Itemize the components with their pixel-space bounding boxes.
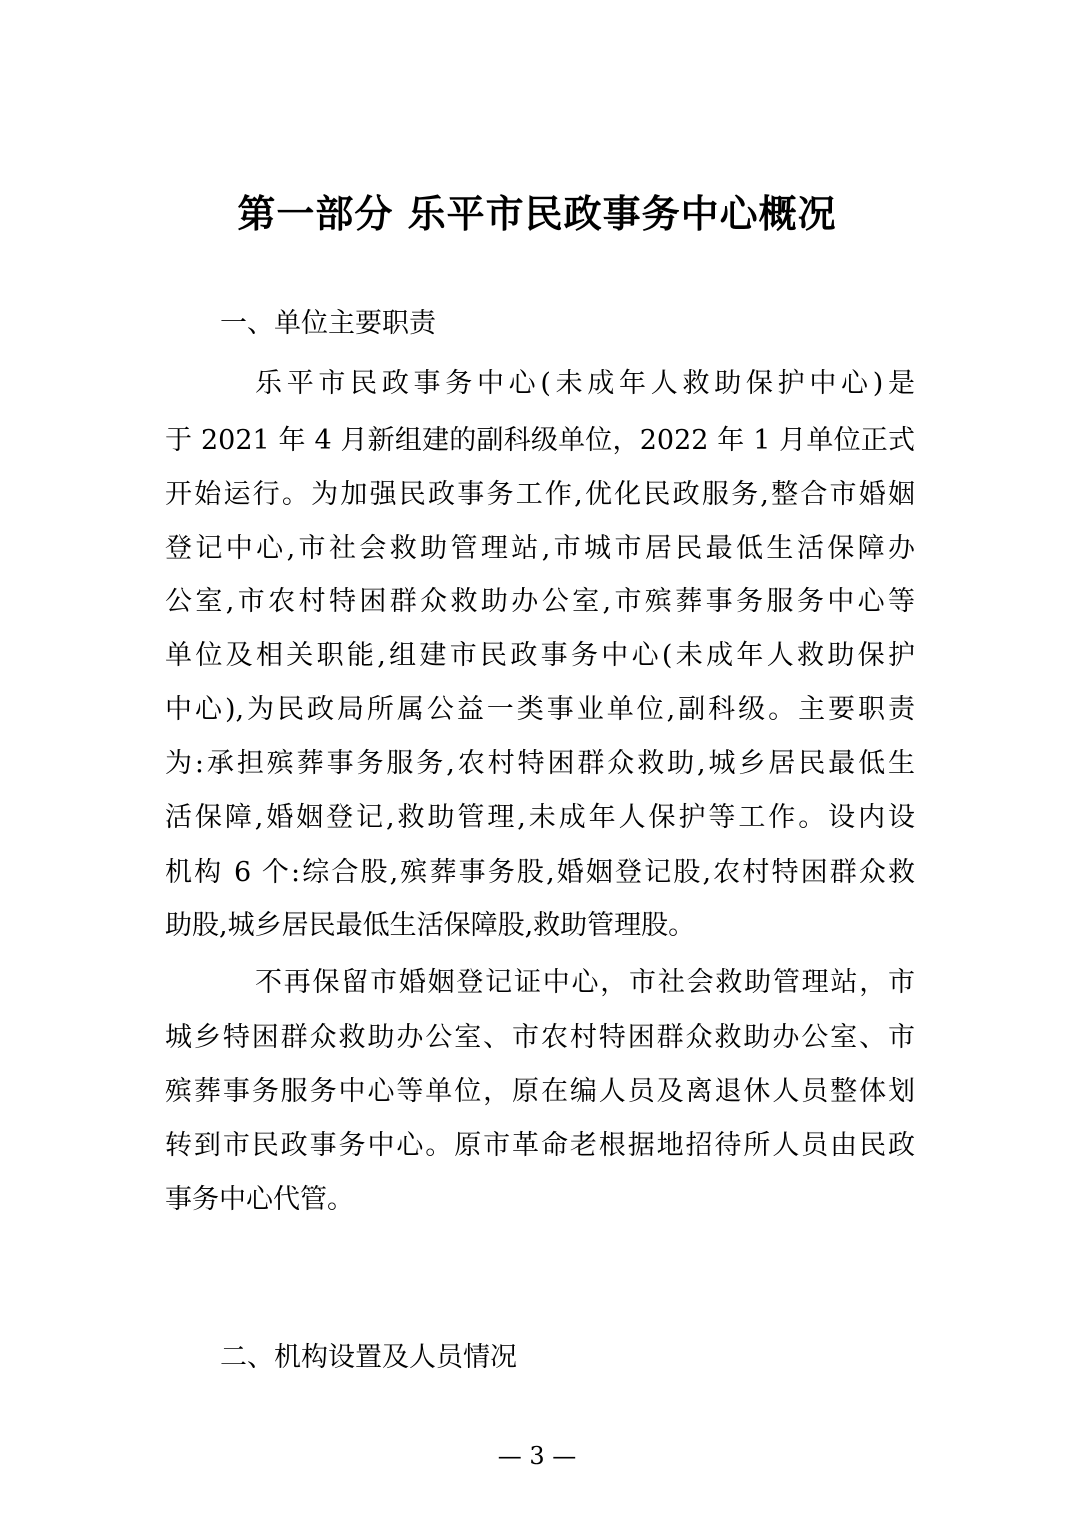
paragraph-line: 公室,市农村特困群众救助办公室,市殡葬事务服务中心等	[165, 582, 915, 622]
section-heading-organization: 二、机构设置及人员情况	[220, 1338, 517, 1378]
document-page: 第一部分 乐平市民政事务中心概况 一、单位主要职责 乐平市民政事务中心(未成年人…	[0, 0, 1074, 1520]
paragraph-line: 登记中心,市社会救助管理站,市城市居民最低生活保障办	[165, 529, 915, 569]
page-number: — 3 —	[0, 1440, 1074, 1472]
paragraph-line: 事务中心代管。	[165, 1180, 915, 1220]
paragraph-line: 殡葬事务服务中心等单位，原在编人员及离退休人员整体划	[165, 1072, 915, 1112]
paragraph-line: 为:承担殡葬事务服务,农村特困群众救助,城乡居民最低生	[165, 744, 915, 784]
paragraph-line: 转到市民政事务中心。原市革命老根据地招待所人员由民政	[165, 1126, 915, 1166]
paragraph-line: 助股,城乡居民最低生活保障股,救助管理股。	[165, 906, 915, 946]
paragraph-line: 城乡特困群众救助办公室、市农村特困群众救助办公室、市	[165, 1018, 915, 1058]
paragraph-line: 开始运行。为加强民政事务工作,优化民政服务,整合市婚姻	[165, 475, 915, 515]
paragraph-line: 中心),为民政局所属公益一类事业单位,副科级。主要职责	[165, 690, 915, 730]
paragraph-line: 于 2021 年 4 月新组建的副科级单位，2022 年 1 月单位正式	[165, 421, 915, 461]
paragraph-line: 机构 6 个:综合股,殡葬事务股,婚姻登记股,农村特困群众救	[165, 853, 915, 893]
paragraph-line: 乐平市民政事务中心(未成年人救助保护中心)是	[255, 364, 915, 404]
paragraph-line: 不再保留市婚姻登记证中心，市社会救助管理站，市	[255, 963, 915, 1003]
section-heading-responsibilities: 一、单位主要职责	[220, 304, 436, 344]
page-title: 第一部分 乐平市民政事务中心概况	[0, 188, 1074, 240]
paragraph-line: 活保障,婚姻登记,救助管理,未成年人保护等工作。设内设	[165, 798, 915, 838]
paragraph-line: 单位及相关职能,组建市民政事务中心(未成年人救助保护	[165, 636, 915, 676]
